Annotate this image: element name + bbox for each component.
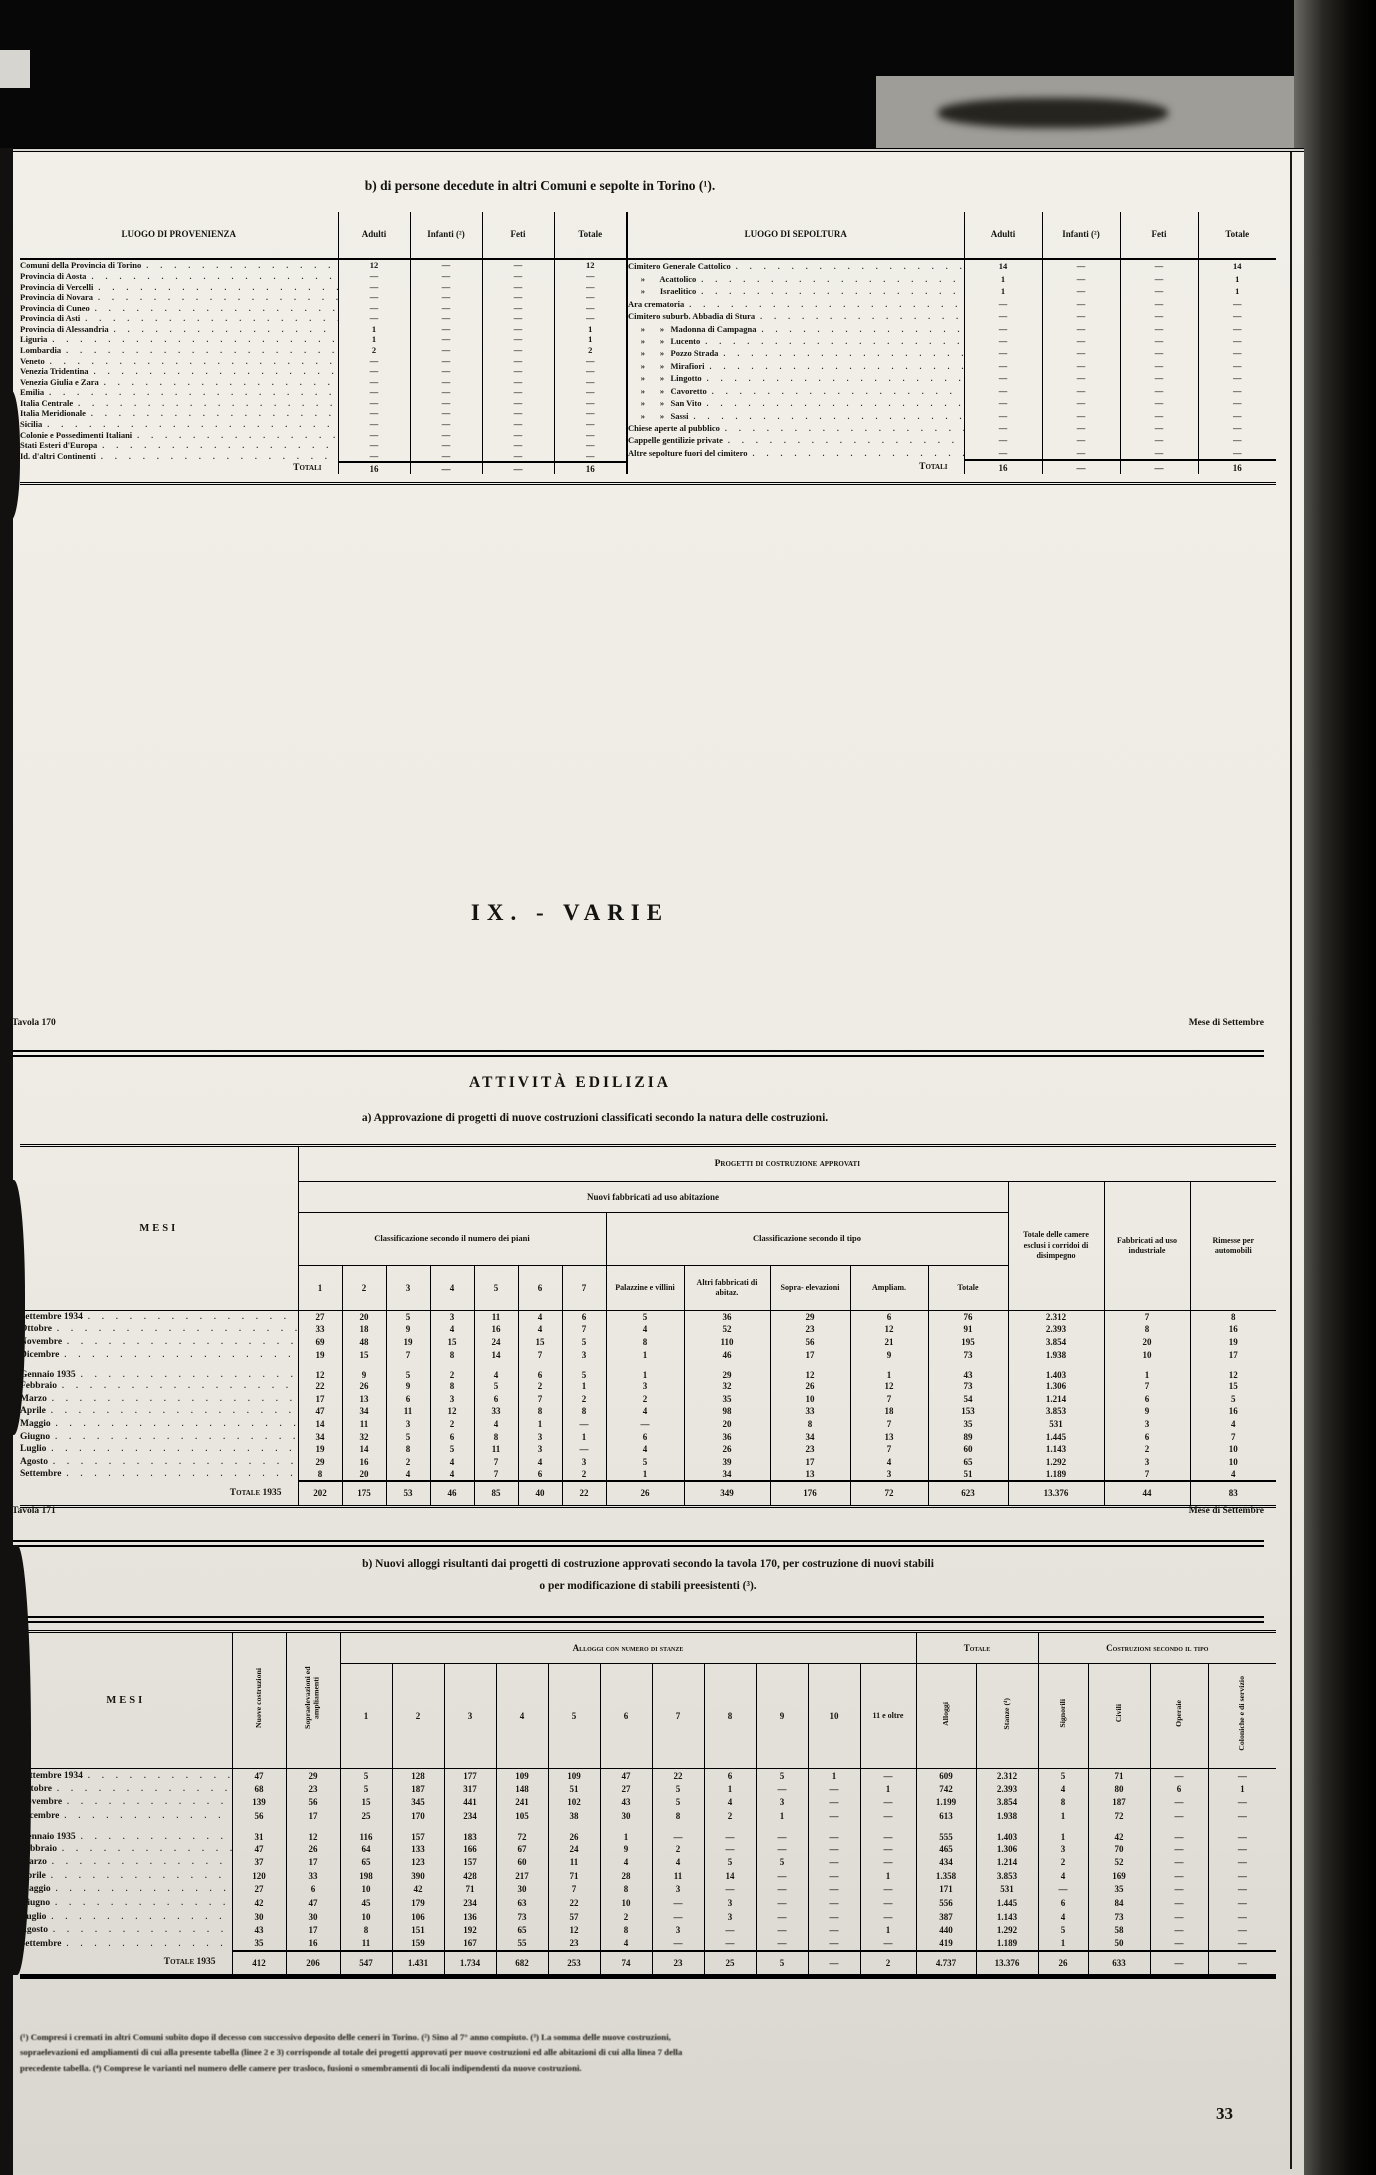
col-piani-3: 3 — [386, 1266, 430, 1311]
cell-value: 5 — [1190, 1392, 1276, 1405]
month-label: Mese di Settembre — [1189, 1506, 1264, 1516]
row-label-text: Sicilia — [20, 419, 42, 429]
row-label: Novembre — [20, 1336, 298, 1349]
table-row: » » Lucento———— — [628, 335, 1276, 347]
leader-dots — [73, 399, 337, 408]
cell-value: 3 — [652, 1923, 704, 1937]
cell-value: — — [410, 408, 482, 419]
cell-value: 17 — [770, 1348, 850, 1361]
cell-value: 69 — [298, 1336, 342, 1349]
leader-dots — [747, 449, 963, 458]
row-label-text: Provincia di Novara — [20, 292, 93, 302]
cell-value: 1.189 — [1008, 1468, 1104, 1481]
cell-value: 441 — [444, 1796, 496, 1810]
row-label-text: Veneto — [20, 356, 45, 366]
cell-value: — — [410, 355, 482, 366]
col-header-coloniche: Coloniche e di servizio — [1208, 1664, 1276, 1769]
row-label: » » Pozzo Strada — [628, 347, 964, 359]
cell-value: — — [410, 429, 482, 440]
cell-value: — — [410, 450, 482, 462]
leader-dots — [96, 452, 338, 461]
table-row: » » Pozzo Strada———— — [628, 347, 1276, 359]
cell-value: 5 — [756, 1855, 808, 1869]
leader-dots — [51, 1419, 298, 1428]
cell-value: — — [1120, 285, 1198, 297]
cell-value: 1.431 — [392, 1951, 444, 1977]
cell-value: 27 — [232, 1883, 286, 1897]
table-row: Giugno3432568316363413891.44567 — [20, 1430, 1276, 1443]
cell-value: 52 — [684, 1323, 770, 1336]
cell-value: 1.445 — [1008, 1430, 1104, 1443]
col-stanze-1: 1 — [340, 1664, 392, 1769]
heavy-rule — [6, 1616, 1264, 1623]
cell-value: 40 — [518, 1481, 562, 1507]
cell-value: — — [704, 1937, 756, 1951]
row-label-text: Luglio — [20, 1444, 46, 1454]
row-label-text: » » San Vito — [628, 398, 701, 408]
cell-value: 27 — [298, 1311, 342, 1324]
footnote-line: precedente tabella. (⁴) Comprese le vari… — [20, 2061, 1260, 2076]
rotated-label: Signorili — [1059, 1699, 1068, 1728]
leader-dots — [46, 1912, 231, 1921]
cell-value: 2.393 — [976, 1782, 1038, 1796]
cell-value: — — [1208, 1823, 1276, 1842]
row-label-text: Provincia di Asti — [20, 313, 80, 323]
cell-value: 33 — [286, 1869, 340, 1883]
cell-value: — — [410, 376, 482, 387]
col-header-infanti: Infanti (²) — [1042, 212, 1120, 259]
cell-value: 3 — [756, 1796, 808, 1810]
table-row: Aprile47341112338849833181533.853916 — [20, 1405, 1276, 1418]
cell-value: — — [554, 419, 626, 430]
cell-value: 4 — [606, 1323, 684, 1336]
cell-value: 65 — [340, 1855, 392, 1869]
leader-dots — [80, 314, 337, 323]
row-label-text: Venezia Giulia e Zara — [20, 377, 99, 387]
cell-value: — — [1120, 372, 1198, 384]
cell-value: 12 — [298, 1361, 342, 1380]
table-row: Luglio191485113—426237601.143210 — [20, 1443, 1276, 1456]
cell-value: 16 — [554, 462, 626, 474]
cell-value: 17 — [1190, 1348, 1276, 1361]
cell-value: — — [482, 324, 554, 335]
cell-value: — — [1150, 1896, 1208, 1910]
col-altri-fabbricati: Altri fabbricati di abitaz. — [684, 1266, 770, 1311]
cell-value: 5 — [430, 1443, 474, 1456]
cell-value: — — [1042, 360, 1120, 372]
cell-value: — — [1120, 384, 1198, 396]
cell-value: 2 — [600, 1910, 652, 1924]
cell-value: — — [1042, 397, 1120, 409]
cell-value: 613 — [916, 1809, 976, 1823]
cell-value: 440 — [916, 1923, 976, 1937]
leader-dots — [684, 300, 963, 309]
row-label: Comuni della Provincia di Torino — [20, 259, 338, 271]
row-label: » » Cavoretto — [628, 384, 964, 396]
cell-value: — — [756, 1869, 808, 1883]
cell-value: 139 — [232, 1796, 286, 1810]
cell-value: — — [1120, 397, 1198, 409]
cell-value: 7 — [474, 1455, 518, 1468]
cell-value: 8 — [430, 1348, 474, 1361]
cell-value: 2 — [562, 1468, 606, 1481]
cell-value: 3 — [518, 1443, 562, 1456]
cell-value: 9 — [850, 1348, 928, 1361]
table-row: » » San Vito———— — [628, 397, 1276, 409]
row-label-text: Chiese aperte al pubblico — [628, 423, 720, 433]
cell-value: 4 — [1038, 1782, 1088, 1796]
cell-value: — — [808, 1937, 860, 1951]
cell-value: 5 — [756, 1951, 808, 1977]
cell-value: 317 — [444, 1782, 496, 1796]
cell-value: 3 — [1104, 1418, 1190, 1431]
cell-value: 6 — [518, 1361, 562, 1380]
row-label-text: Provincia di Vercelli — [20, 282, 93, 292]
cell-value: 8 — [606, 1336, 684, 1349]
table-row: Dicembre5617251702341053830821——6131.938… — [20, 1809, 1276, 1823]
cell-value: 47 — [232, 1769, 286, 1783]
leader-dots — [86, 409, 338, 418]
table-row: Italia Meridionale———— — [20, 408, 626, 419]
cell-value: 11 — [340, 1937, 392, 1951]
cell-value: 5 — [652, 1782, 704, 1796]
leader-dots — [702, 374, 964, 383]
cell-value: — — [482, 387, 554, 398]
row-label: Marzo — [20, 1855, 232, 1869]
rotated-label: Operaie — [1175, 1700, 1184, 1727]
table-row: Novembre6948191524155811056211953.854201… — [20, 1336, 1276, 1349]
cell-value: 5 — [562, 1336, 606, 1349]
row-label: Ara crematoria — [628, 298, 964, 310]
cell-value: 1 — [964, 285, 1042, 297]
leader-dots — [701, 399, 963, 408]
row-label: Settembre — [20, 1468, 298, 1481]
cell-value: 1 — [606, 1361, 684, 1380]
cell-value: 16 — [474, 1323, 518, 1336]
cell-value: — — [410, 440, 482, 451]
cell-value: — — [1120, 259, 1198, 273]
cell-value: 179 — [392, 1896, 444, 1910]
cell-value: 29 — [770, 1311, 850, 1324]
margin-row-170: Tavola 170 Mese di Settembre — [12, 1018, 1264, 1028]
row-label: Sicilia — [20, 419, 338, 430]
cell-value: 1 — [606, 1348, 684, 1361]
cell-value: — — [1150, 1869, 1208, 1883]
row-label: Cappelle gentilizie private — [628, 434, 964, 446]
row-label: Italia Meridionale — [20, 408, 338, 419]
cell-value: 2 — [430, 1361, 474, 1380]
cell-value: — — [860, 1855, 916, 1869]
row-label: Provincia di Novara — [20, 292, 338, 303]
leader-dots — [48, 1457, 298, 1466]
cell-value: 11 — [386, 1405, 430, 1418]
cell-value: 1 — [1038, 1823, 1088, 1842]
cell-value: 72 — [1088, 1809, 1150, 1823]
cell-value: 6 — [1104, 1392, 1190, 1405]
cell-value: — — [1120, 409, 1198, 421]
cell-value: 1 — [860, 1869, 916, 1883]
cell-value: 48 — [342, 1336, 386, 1349]
row-label: Ottobre — [20, 1782, 232, 1796]
cell-value: 1 — [1104, 1361, 1190, 1380]
binding-bump — [0, 1180, 25, 1435]
cell-value: 35 — [232, 1937, 286, 1951]
cell-value: 3 — [1104, 1455, 1190, 1468]
cell-value: 167 — [444, 1937, 496, 1951]
col-stanze-7: 7 — [652, 1664, 704, 1769]
cell-value: 23 — [652, 1951, 704, 1977]
row-label-text: Novembre — [20, 1337, 62, 1347]
cell-value: — — [1150, 1883, 1208, 1897]
row-label-text: Giugno — [20, 1432, 50, 1442]
totals-row: Totali16——16 — [20, 462, 626, 474]
cell-value: — — [1150, 1855, 1208, 1869]
cell-value: — — [756, 1883, 808, 1897]
cell-value: 17 — [286, 1923, 340, 1937]
row-label-text: Dicembre — [20, 1350, 59, 1360]
row-label: Febbraio — [20, 1842, 232, 1856]
cell-value: — — [808, 1910, 860, 1924]
cell-value: 12 — [338, 259, 410, 271]
cell-value: 2 — [518, 1380, 562, 1393]
cell-value: 1.403 — [1008, 1361, 1104, 1380]
cell-value: 1.938 — [976, 1809, 1038, 1823]
cell-value: 28 — [600, 1869, 652, 1883]
cell-value: 34 — [770, 1430, 850, 1443]
cell-value: — — [554, 408, 626, 419]
cell-value: — — [562, 1418, 606, 1431]
cell-value: — — [860, 1809, 916, 1823]
row-label-text: » » Lingotto — [628, 373, 702, 383]
cell-value: — — [964, 397, 1042, 409]
cell-value: 133 — [392, 1842, 444, 1856]
cell-value: — — [860, 1842, 916, 1856]
row-label: » Israelitico — [628, 285, 964, 297]
cell-value: — — [1198, 310, 1276, 322]
table-row: Lombardia2——2 — [20, 345, 626, 356]
cell-value: 4 — [430, 1323, 474, 1336]
table-row: Provincia di Vercelli———— — [20, 281, 626, 292]
cell-value: 106 — [392, 1910, 444, 1924]
cell-value: — — [482, 440, 554, 451]
cell-value: — — [808, 1923, 860, 1937]
cell-value: 1 — [562, 1430, 606, 1443]
cell-value: — — [964, 447, 1042, 461]
cell-value: — — [860, 1937, 916, 1951]
cell-value: — — [808, 1796, 860, 1810]
table-row: Settembre35161115916755234—————4191.1891… — [20, 1937, 1276, 1951]
cell-value: — — [704, 1883, 756, 1897]
col-header-sopraelevazioni: Sopraelevazioni ed ampliamenti — [286, 1632, 340, 1769]
col-header-alloggi: Alloggi — [916, 1664, 976, 1769]
cell-value: 5 — [606, 1311, 684, 1324]
cell-value: 16 — [338, 462, 410, 474]
cell-value: 4.737 — [916, 1951, 976, 1977]
cell-value: 26 — [286, 1842, 340, 1856]
cell-value: — — [808, 1782, 860, 1796]
cell-value: 633 — [1088, 1951, 1150, 1977]
cell-value: — — [554, 281, 626, 292]
cell-value: 72 — [850, 1481, 928, 1507]
cell-value: — — [808, 1842, 860, 1856]
cell-value: 5 — [1038, 1923, 1088, 1937]
rotated-label: Stanze (⁴) — [1003, 1698, 1012, 1730]
table-row: Settembre 1934472951281771091094722651—6… — [20, 1769, 1276, 1783]
cell-value: — — [1208, 1910, 1276, 1924]
cell-value: 10 — [770, 1392, 850, 1405]
leader-dots — [42, 420, 337, 429]
row-label: Provincia di Vercelli — [20, 281, 338, 292]
binding-bump — [0, 390, 20, 520]
cell-value: — — [808, 1855, 860, 1869]
cell-value: 1 — [606, 1468, 684, 1481]
row-label: Agosto — [20, 1923, 232, 1937]
cell-value: — — [482, 313, 554, 324]
cell-value: 4 — [474, 1361, 518, 1380]
col-header-camere: Totale delle camere esclusi i corridoi d… — [1008, 1182, 1104, 1311]
cell-value: 32 — [684, 1380, 770, 1393]
cell-value: 2 — [562, 1392, 606, 1405]
row-label-text: Venezia Tridentina — [20, 366, 89, 376]
cell-value: — — [482, 281, 554, 292]
leader-dots — [93, 293, 337, 302]
cell-value: 5 — [386, 1311, 430, 1324]
cell-value: — — [338, 376, 410, 387]
col-piani-6: 6 — [518, 1266, 562, 1311]
cell-value: — — [482, 259, 554, 271]
row-label-text: Gennaio 1935 — [20, 1370, 76, 1380]
cell-value: 13.376 — [976, 1951, 1038, 1977]
cell-value: 3 — [386, 1418, 430, 1431]
scan-notch — [0, 50, 30, 88]
leader-dots — [756, 325, 963, 334]
leader-dots — [731, 262, 964, 271]
cell-value: 148 — [496, 1782, 548, 1796]
row-label: Provincia di Cuneo — [20, 302, 338, 313]
row-label: Provincia di Alessandria — [20, 324, 338, 335]
cell-value: 157 — [444, 1855, 496, 1869]
col-sopraelevazioni: Sopra- elevazioni — [770, 1266, 850, 1311]
row-label-text: Cappelle gentilizie private — [628, 435, 723, 445]
cell-value: — — [964, 409, 1042, 421]
cell-value: — — [554, 429, 626, 440]
cell-value: 26 — [606, 1481, 684, 1507]
row-label-text: Id. d'altri Continenti — [20, 451, 96, 461]
row-label-text: Emilia — [20, 387, 44, 397]
cell-value: 64 — [340, 1842, 392, 1856]
cell-value: 10 — [600, 1896, 652, 1910]
cell-value: 3 — [606, 1380, 684, 1393]
leader-dots — [52, 1784, 231, 1793]
cell-value: 16 — [1190, 1405, 1276, 1418]
cell-value: — — [808, 1809, 860, 1823]
cell-value: — — [482, 355, 554, 366]
cell-value: 45 — [340, 1896, 392, 1910]
cell-value: — — [554, 376, 626, 387]
table-row: Provincia di Alessandria1——1 — [20, 324, 626, 335]
table-row: Luglio30301010613673572—3———3871.143473—… — [20, 1910, 1276, 1924]
leader-dots — [61, 346, 337, 355]
cell-value: — — [860, 1896, 916, 1910]
row-label: Novembre — [20, 1796, 232, 1810]
cell-value: 16 — [964, 460, 1042, 474]
row-label: Altre sepolture fuori del cimitero — [628, 447, 964, 461]
cell-value: — — [1198, 372, 1276, 384]
leader-dots — [62, 1939, 232, 1948]
cell-value: 102 — [548, 1796, 600, 1810]
cell-value: 12 — [770, 1361, 850, 1380]
row-label: Totali — [20, 462, 338, 474]
cell-value: 74 — [600, 1951, 652, 1977]
row-label: Provincia di Aosta — [20, 271, 338, 282]
cell-value: 177 — [444, 1769, 496, 1783]
cell-value: 5 — [340, 1782, 392, 1796]
row-label-text: Cimitero Generale Cattolico — [628, 261, 731, 271]
col-stanze-3: 3 — [444, 1664, 496, 1769]
cell-value: 16 — [1190, 1323, 1276, 1336]
cell-value: 89 — [928, 1430, 1008, 1443]
cell-value: 47 — [298, 1405, 342, 1418]
cell-value: — — [1198, 422, 1276, 434]
row-label: Venezia Tridentina — [20, 366, 338, 377]
table-row: Giugno424745179234632210—3———5561.445684… — [20, 1896, 1276, 1910]
cell-value: 32 — [342, 1430, 386, 1443]
row-label-text: Marzo — [20, 1394, 47, 1404]
cell-value: — — [1208, 1796, 1276, 1810]
cell-value: — — [554, 292, 626, 303]
cell-value: — — [1208, 1769, 1276, 1783]
leader-dots — [696, 287, 963, 296]
rotated-label: Civili — [1115, 1704, 1124, 1722]
cell-value: 1 — [1198, 273, 1276, 285]
table-row: Settembre 19342720531146536296762.31278 — [20, 1311, 1276, 1324]
cell-value: 7 — [850, 1443, 928, 1456]
cell-value: 11 — [342, 1418, 386, 1431]
cell-value: — — [756, 1896, 808, 1910]
cell-value: — — [1150, 1823, 1208, 1842]
cell-value: — — [1042, 434, 1120, 446]
cell-value: — — [1208, 1937, 1276, 1951]
cell-value: 105 — [496, 1809, 548, 1823]
cell-value: 34 — [298, 1430, 342, 1443]
row-label: Aprile — [20, 1405, 298, 1418]
cell-value: — — [554, 398, 626, 409]
section-divider-rule — [20, 482, 1276, 485]
cell-value: 34 — [342, 1405, 386, 1418]
cell-value: — — [1042, 460, 1120, 474]
cell-value: — — [482, 408, 554, 419]
cell-value: 35 — [684, 1392, 770, 1405]
rotated-label: Alloggi — [942, 1702, 951, 1726]
cell-value: 434 — [916, 1855, 976, 1869]
row-label: Maggio — [20, 1418, 298, 1431]
cell-value: 419 — [916, 1937, 976, 1951]
cell-value: 30 — [600, 1809, 652, 1823]
cell-value: 20 — [342, 1468, 386, 1481]
cell-value: 206 — [286, 1951, 340, 1977]
cell-value: 5 — [606, 1455, 684, 1468]
book-spine-shadow — [1294, 0, 1376, 2175]
cell-value: 3 — [1038, 1842, 1088, 1856]
leader-dots — [755, 312, 963, 321]
cell-value: 234 — [444, 1896, 496, 1910]
cell-value: 4 — [386, 1468, 430, 1481]
row-label-text: » Acattolico — [628, 274, 696, 284]
cell-value: — — [554, 387, 626, 398]
cell-value: — — [554, 440, 626, 451]
cell-value: 4 — [474, 1418, 518, 1431]
cell-value: — — [338, 408, 410, 419]
